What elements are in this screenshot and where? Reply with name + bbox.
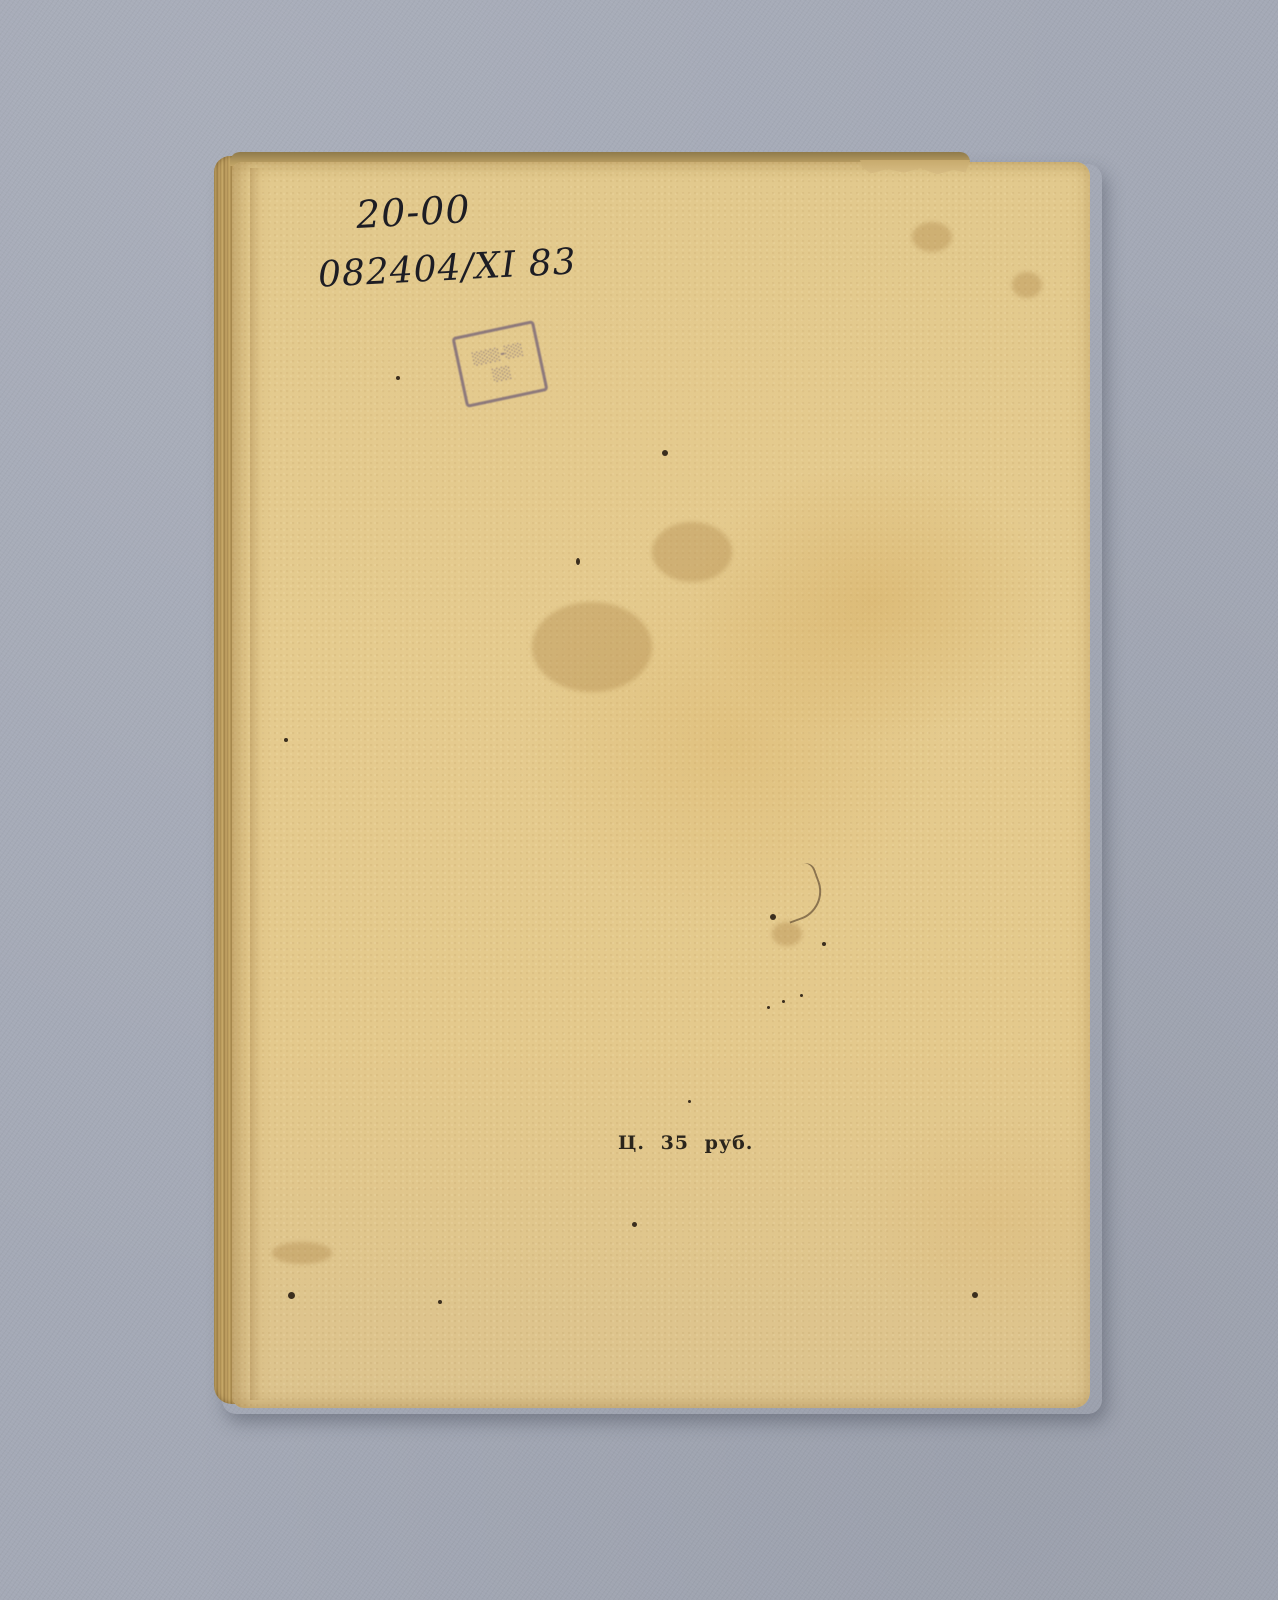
foxing-spot (782, 1000, 785, 1003)
stamp-line-2: ░░ (492, 365, 513, 383)
foxing-spot (288, 1292, 295, 1299)
torn-edge (860, 160, 970, 178)
foxing-spot (284, 738, 288, 742)
foxing-spot (576, 558, 580, 565)
foxing-spot (396, 376, 400, 380)
stamp-line-1: ░░░-░░ (471, 342, 524, 366)
stain (532, 602, 652, 692)
foxing-spot (662, 450, 668, 456)
stain (652, 522, 732, 582)
spine-fold (250, 168, 272, 1400)
foxing-spot (438, 1300, 442, 1304)
foxing-spot (767, 1006, 770, 1009)
library-stamp: ░░░-░░ ░░ (451, 320, 548, 408)
stain (272, 1242, 332, 1264)
foxing-spot (632, 1222, 637, 1227)
stain (772, 922, 802, 946)
foxing-spot (972, 1292, 978, 1298)
foxing-spot (770, 914, 776, 920)
ink-scratch-mark (772, 860, 829, 923)
handwritten-inventory-number: 082404/XI 83 (317, 241, 577, 295)
stain (1012, 272, 1042, 298)
printed-price: Ц. 35 руб. (618, 1132, 753, 1154)
foxing-spot (800, 994, 803, 997)
handwritten-price-note: 20-00 (355, 187, 472, 237)
foxing-spot (822, 942, 826, 946)
stain (912, 222, 952, 252)
foxing-spot (688, 1100, 691, 1103)
book-back-cover: 20-00 082404/XI 83 ░░░-░░ ░░ Ц. 35 руб. (232, 162, 1090, 1408)
